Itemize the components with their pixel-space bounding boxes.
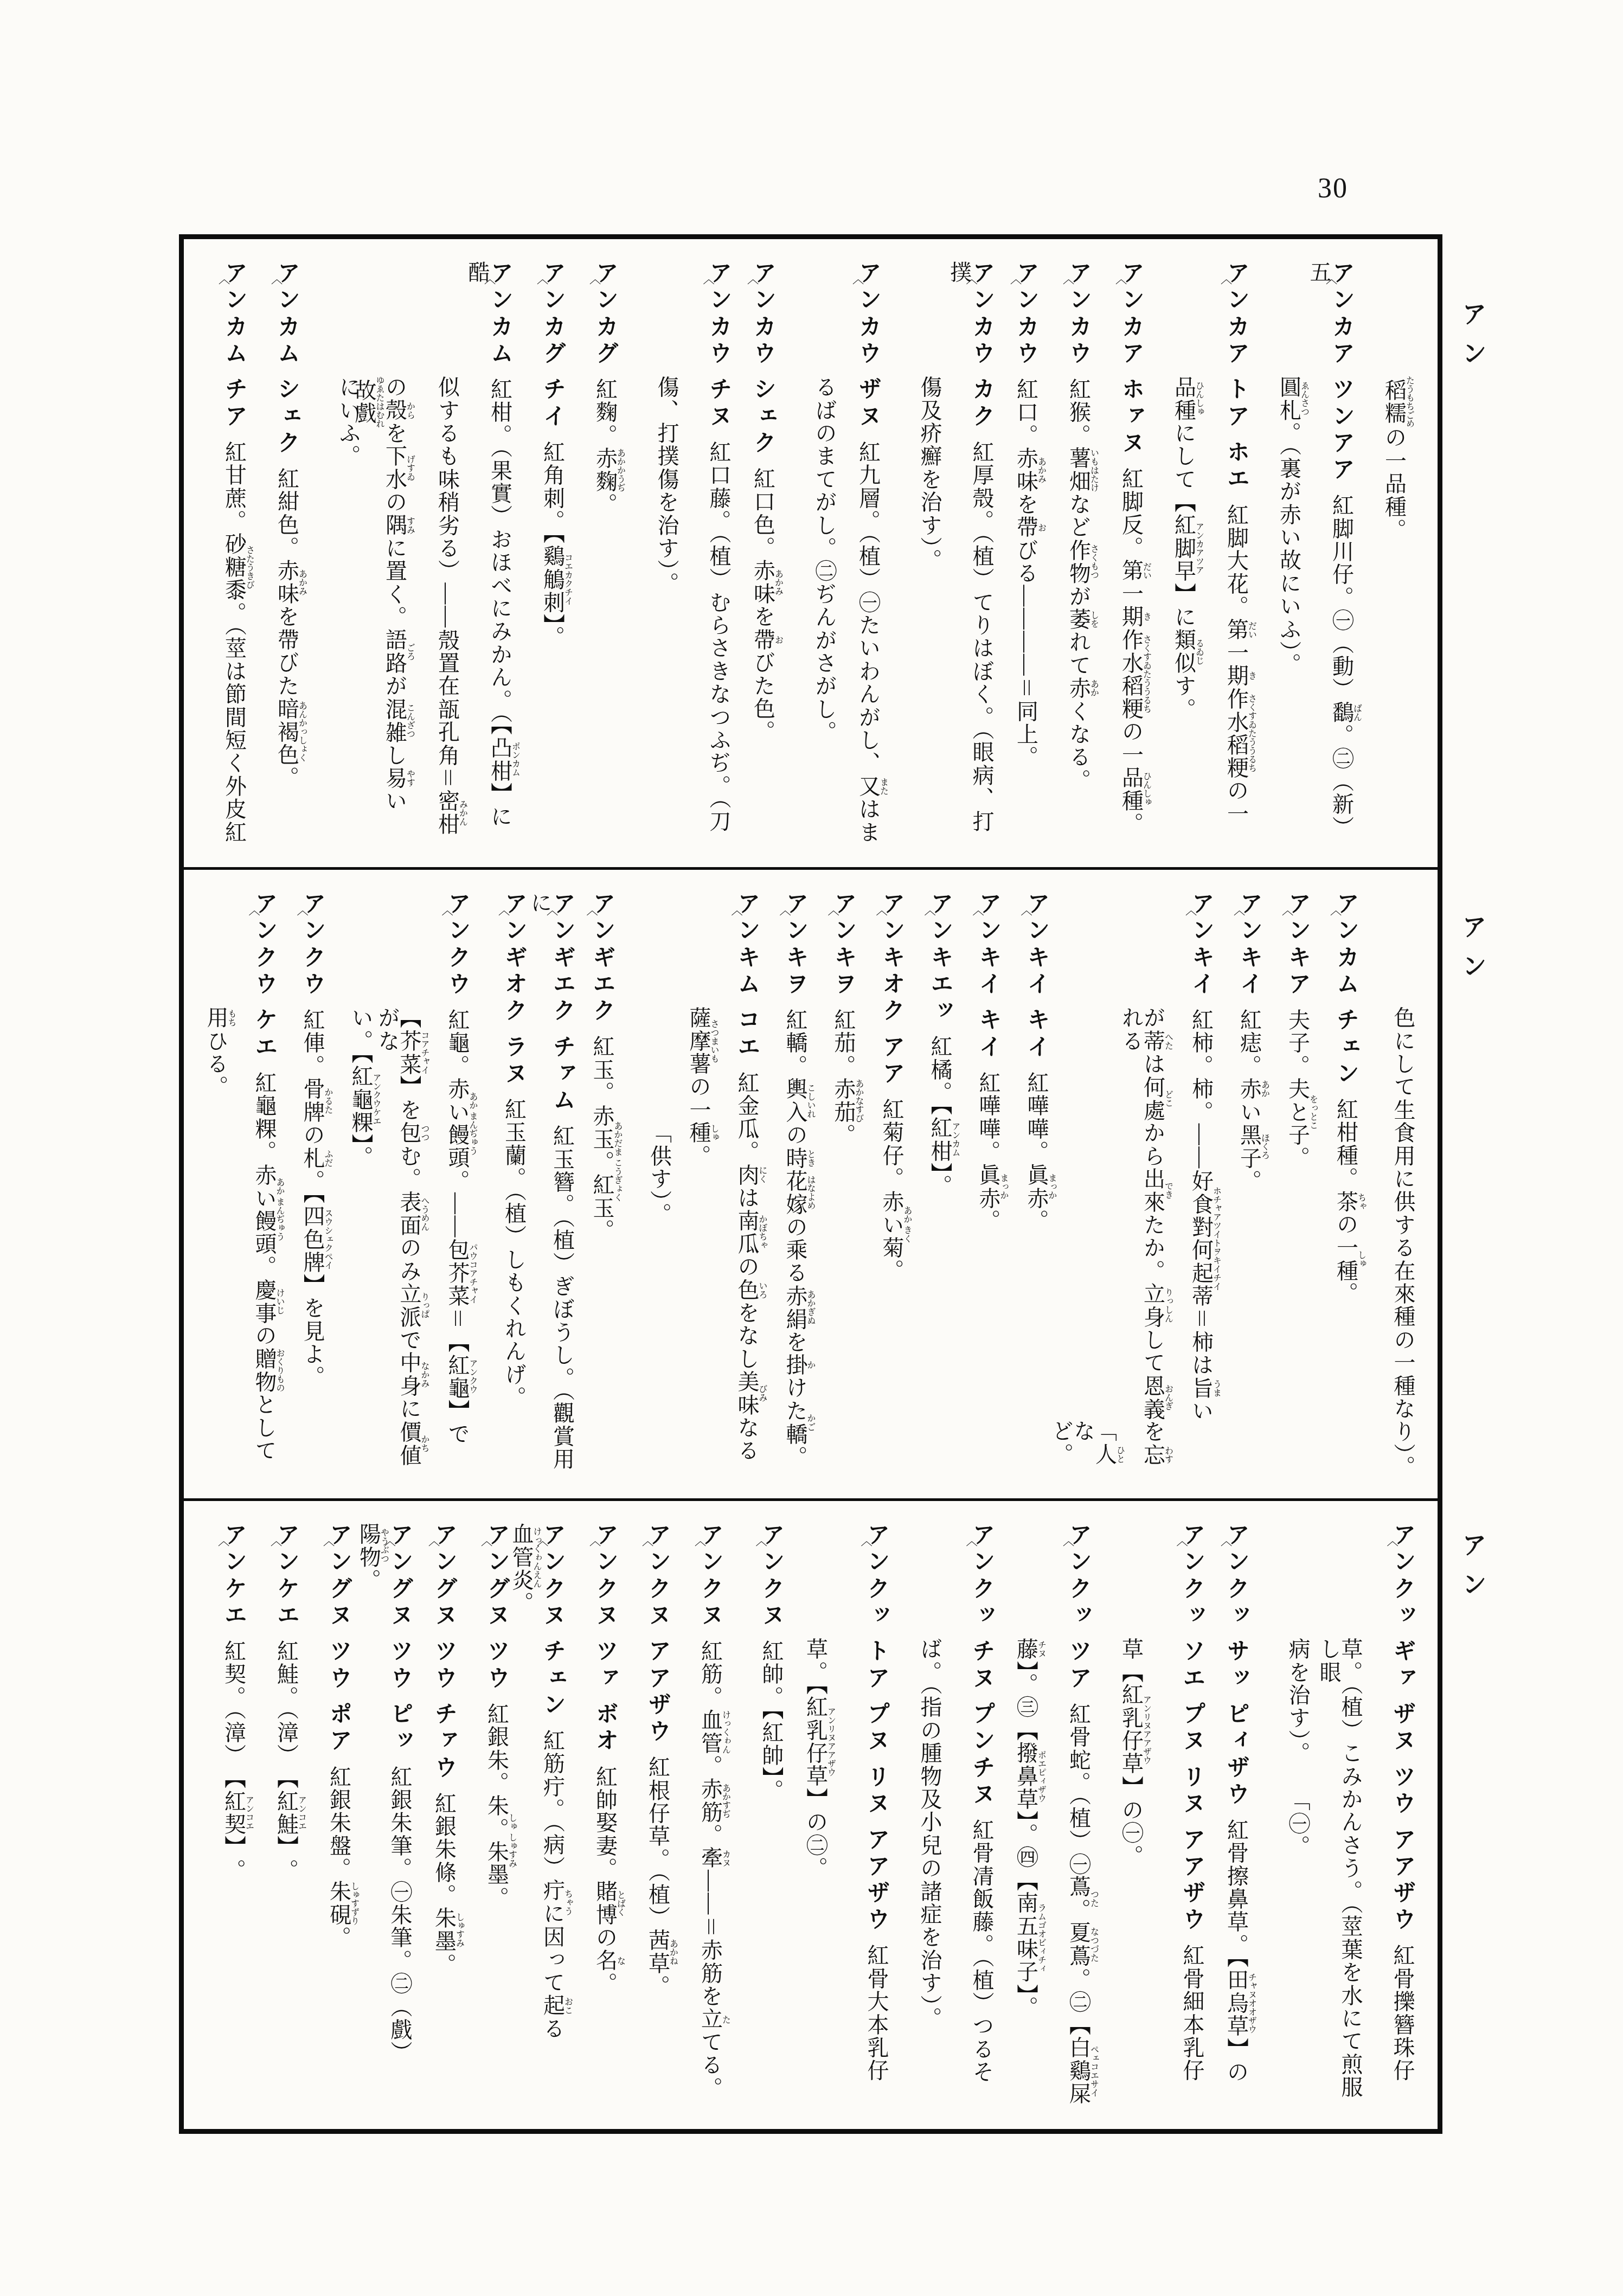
furigana-ruby: 朱硯しゅすずり — [327, 1880, 351, 1926]
entry-column: アングヌ ツウ ポア紅銀朱盤。朱硯しゅすずり。 — [306, 1519, 358, 2113]
entry-column: 【芥菜コアチャイ】を包つつむ。表面へうめんのみ立派りっぱで中身なかみに價値かちが… — [381, 888, 429, 1482]
entry-column: アングヌ ツウ チァウ紅銀朱條。朱墨しゅすみ。 — [411, 1519, 464, 2113]
entry-headword: アンカウ カク — [969, 261, 995, 431]
dictionary-page: 30 アン アン アン 稻糯たうもちごめの一品種。アンカア ツンアア紅脚川仔。㊀… — [0, 0, 1623, 2296]
entry-column: 薩摩薯さつまいもの一種しゅ。 — [670, 888, 719, 1482]
entry-column: アングヌ ツウ ピッ紅銀朱筆。㊀朱筆。㊁（戲）陽物やうぶつ。 — [358, 1519, 411, 2113]
entry-column: アンカム チェン紅柑種。茶ちゃの一種しゅ。 — [1317, 888, 1365, 1482]
page-frame: 稻糯たうもちごめの一品種。アンカア ツンアア紅脚川仔。㊀（動）鷭ばん。㊁（新）五… — [179, 234, 1442, 2134]
furigana-ruby: 第だい — [1224, 618, 1249, 641]
furigana-ruby: 何處どこ — [1141, 1076, 1165, 1122]
entry-headword: アンカウ シェク — [750, 261, 776, 457]
furigana-ruby: 肉にく — [735, 1164, 759, 1187]
furigana-ruby: 種しゅ — [687, 1121, 711, 1144]
entry-headword: アンカム シェク — [274, 261, 300, 457]
furigana-ruby: 起おこ — [541, 1994, 565, 2017]
furigana-ruby: 作水稻粳さくすゐたううるち — [1224, 688, 1249, 780]
entry-column: アンキヲ紅茄。赤茄あかなすび。 — [815, 888, 863, 1482]
entry-column: アンカム チア紅甘蔗。砂糖黍さたうきび。（莖は節間短く外皮紅 — [201, 258, 254, 851]
entry-column: アンクッ チヌ プンチヌ紅骨凊飯藤。（植）つるそ — [940, 1519, 993, 2113]
entry-headword: アンキム コエ — [734, 892, 760, 1061]
furigana-ruby: 薩摩薯さつまいも — [687, 1006, 711, 1075]
furigana-ruby: 帶お — [1014, 516, 1038, 538]
entry-column: ば。（指の腫物及小兒の諸症を治す）。 — [888, 1519, 940, 2113]
entry-headword: アンカア ホァヌ — [1119, 261, 1144, 457]
entry-column: アンカム シェク紅紺色。赤味あかみを帶びた暗褐色あんかっしょく。 — [254, 258, 306, 851]
entry-column: 草【紅乳仔草アンリヌアアザウ】の㊀。 — [1098, 1519, 1151, 2113]
entry-column: アンカア トア ホエ紅脚大花。第だい一期き作水稻粳さくすゐたううるちの一 — [1203, 258, 1256, 851]
entry-column: アンクヌ チェン紅筋疔。（病）疔にちゃう因って起おこる血管炎けっくゎんえん。 — [519, 1519, 572, 2113]
entry-column: 圓札ゑんさつ。（裏が赤い故にいふ）。 — [1256, 258, 1308, 851]
furigana-ruby: 赤い菊あか きく — [880, 1190, 904, 1259]
entry-column: アンギエク チァム紅玉簪。（植）ぎぼうし。（觀賞用に — [525, 888, 574, 1482]
furigana-ruby: 出來でき — [1141, 1168, 1165, 1214]
furigana-ruby: 人ひと — [1093, 1443, 1117, 1466]
furigana-ruby: 好食對何起蒂ホチャアツイトヲキイチイ — [1189, 1170, 1214, 1307]
entry-headword: アンカグ — [593, 261, 618, 368]
text-band-middle: 色にして生食用に供する在來種の一種なり）。アンカム チェン紅柑種。茶ちゃの一種し… — [184, 867, 1438, 1498]
entry-headword: アンギエク — [589, 892, 615, 1025]
entry-headword: アンクッ ギァ ザヌ ツウ アアザウ — [1390, 1523, 1415, 1934]
entry-headword: アンキイ — [1237, 892, 1262, 998]
entry-headword: アンキヲ — [782, 892, 808, 998]
furigana-ruby: 輿入こしいれ — [783, 1078, 807, 1124]
furigana-ruby: 賭博とばく — [593, 1880, 618, 1926]
furigana-ruby: 赤麴あかかうぢ — [593, 447, 618, 493]
entry-headword: アンケエ — [274, 1523, 299, 1630]
entry-headword: アンクッ ツア — [1066, 1523, 1092, 1692]
entry-column: 藤チヌ】。㊂【撥鼻草ポエピィザウ】。㊃【南五味子ラムゴオビィチィ】。 — [993, 1519, 1045, 2113]
furigana-ruby: 品種ひんしゅ — [1119, 766, 1144, 812]
furigana-ruby: 用もち — [204, 1006, 228, 1029]
entry-headword: アングヌ ツウ チァウ — [432, 1523, 457, 1781]
entry-column: い。【紅龜粿アンクウケエ】。 — [332, 888, 381, 1482]
furigana-ruby: 包芥菜パウコアチャイ — [445, 1239, 470, 1307]
furigana-ruby: 下水げすゐ — [383, 445, 407, 491]
entry-column: 品種ひんしゅにして【紅脚早アンカアツア】に類似るゐじす。 — [1151, 258, 1203, 851]
furigana-ruby: 赤味あかみ — [275, 559, 299, 605]
margin-guide-word-top: アン — [1452, 301, 1490, 379]
furigana-ruby: 札ふだ — [300, 1147, 325, 1170]
furigana-ruby: 掛か — [783, 1354, 807, 1376]
furigana-ruby: 語路ごろ — [383, 628, 407, 675]
entry-column: アンカウ紅猴。薯畑いもはたけなど作物さくもつが萎しをれて赤あかくなる。 — [1045, 258, 1098, 851]
furigana-ruby: 表面へうめん — [397, 1191, 421, 1237]
entry-headword: アングヌ ツウ ポア — [326, 1523, 352, 1755]
entry-column: アンカウ シェク紅口色。赤味あかみを帶おびた色。 — [730, 258, 782, 851]
entry-column: アンケエ紅鮭。（漳）【紅鮭】アンコエ。 — [253, 1519, 306, 2113]
entry-column: アンクヌ紅帥。【紅帥】。 — [730, 1519, 782, 2113]
furigana-ruby: 包つつ — [397, 1121, 421, 1144]
furigana-ruby: 夏蔦なつづた — [1067, 1921, 1091, 1967]
entry-headword: アンカグ チイ — [540, 261, 566, 431]
entry-column: アンキイ紅痣。赤あかい黑子ほくろ。 — [1221, 888, 1269, 1482]
entry-column: アンキオク アア紅菊仔。赤い菊あか きく。 — [863, 888, 912, 1482]
entry-column: アンキヲ紅轎。輿入こしいれの時とき花嫁はなよめの乘る赤絹あかぎぬを掛かけた轎かご… — [767, 888, 815, 1482]
margin-guide-word-middle: アン — [1452, 914, 1490, 991]
entry-headword: アンクッ ソエ プヌ リヌ アアザウ — [1179, 1523, 1205, 1934]
entry-headword: アンカウ — [1013, 261, 1039, 368]
entry-headword: アンギオク ラヌ — [502, 892, 527, 1088]
furigana-ruby: 朱。朱墨しゅ しゅすみ — [485, 1794, 509, 1887]
furigana-ruby: 立た — [698, 2008, 723, 2030]
furigana-ruby: 茶ちゃ — [1334, 1190, 1358, 1213]
furigana-ruby: 紅乳仔草アンリヌアアザウ — [804, 1696, 828, 1788]
furigana-ruby: 薯畑いもはたけ — [1067, 447, 1091, 493]
furigana-ruby: 又また — [856, 775, 881, 798]
furigana-ruby: 夫と子をっとこ — [1286, 1078, 1310, 1146]
furigana-ruby: 茜草あかね — [646, 1929, 670, 1975]
entry-column: アンクッ ツア紅骨蛇。（植）㊀蔦。つた夏蔦なつづた。㊁【白鷄屎ペェコエサイ — [1045, 1519, 1098, 2113]
entry-headword: アングヌ ツウ — [484, 1523, 510, 1692]
entry-column: アンカウ紅口。赤味あかみを帶おびる――――＝同上。 — [993, 258, 1045, 851]
furigana-ruby: 蒂へた — [1141, 1030, 1165, 1053]
furigana-ruby: 蔦。つた — [1067, 1875, 1091, 1921]
furigana-ruby: 暗褐色あんかっしょく — [275, 697, 299, 766]
entry-column: るばのまてがし。㊁ぢんがさがし。 — [782, 258, 835, 851]
furigana-ruby: 萎しを — [1067, 608, 1091, 631]
entry-column: アンカア ホァヌ紅脚反。第だい一期き作水稻粳さくすゐたううるちの一品種ひんしゅ。 — [1098, 258, 1151, 851]
entry-column: 病を治す）。 「㊀。 — [1256, 1519, 1308, 2113]
furigana-ruby: 恩義おんぎ — [1141, 1375, 1165, 1421]
entry-column: アンクウ ケエ紅龜粿。赤い饅頭あか まんぢゅう。慶事けいじの贈物おくりものとして — [236, 888, 284, 1482]
furigana-ruby: 一種しゅ — [1334, 1236, 1358, 1282]
furigana-ruby: 紅脚早アンカアツア — [1172, 514, 1196, 582]
entry-headword: アンキオク アア — [879, 892, 904, 1088]
furigana-ruby: 贈物おくりもの — [252, 1348, 277, 1394]
entry-headword: アンカア トア ホエ — [1224, 261, 1249, 493]
furigana-ruby: 圓札ゑんさつ — [1277, 376, 1301, 422]
entry-headword: アンギエク チァム — [550, 892, 575, 1114]
furigana-ruby: 赤味あかみ — [1014, 447, 1038, 493]
furigana-ruby: 忘わす — [1141, 1444, 1165, 1466]
furigana-ruby: 時とき — [783, 1147, 807, 1170]
furigana-ruby: 凸柑ポンカム — [488, 736, 512, 783]
entry-headword: アンクッ トア プヌ リヌ アアザウ — [864, 1523, 889, 1934]
furigana-ruby: 鷄鵤刺コエカクチイ — [541, 545, 565, 614]
furigana-ruby: 類似るゐじ — [1172, 628, 1196, 675]
entry-headword: アンカム — [487, 261, 513, 368]
furigana-ruby: 牽カヌ — [698, 1846, 723, 1869]
furigana-ruby: 第だい — [1119, 559, 1144, 582]
entry-column: アンクッ ギァ ザヌ ツウ アアザウ紅骨擽簪珠仔 — [1361, 1519, 1414, 2113]
furigana-ruby: 眞赤まっか — [976, 1164, 1000, 1210]
furigana-ruby: 花嫁はなよめ — [783, 1170, 807, 1216]
furigana-ruby: 立派りっぱ — [397, 1282, 421, 1329]
furigana-ruby: 紅乳仔草アンリヌアアザウ — [1119, 1683, 1144, 1775]
entry-column: が蒂へたは何處どこから出來できたか。立身りっしんして恩義おんぎを忘わすれる — [1124, 888, 1172, 1482]
entry-column: アンクウ紅龜。赤い饅頭あか まんぢゅう。――包芥菜パウコアチャイ＝【紅龜】アンク… — [429, 888, 477, 1482]
furigana-ruby: 美味びみ — [735, 1370, 759, 1416]
page-number: 30 — [1318, 172, 1348, 204]
furigana-ruby: 赤絹あかぎぬ — [783, 1285, 807, 1331]
furigana-ruby: 朱墨しゅすみ — [432, 1907, 457, 1953]
entry-headword: アンクヌ — [698, 1523, 723, 1630]
furigana-ruby: 南五味子ラムゴオビィチィ — [1014, 1891, 1038, 1984]
entry-column: アンクッ ソエ プヌ リヌ アアザウ紅骨細本乳仔 — [1151, 1519, 1203, 2113]
entry-column: アンカウ ザヌ紅九層。（植）㊀たいわんがし、又またはま — [835, 258, 888, 851]
entry-column: アンカグ チイ紅角刺。【鷄鵤刺コエカクチイ】。 — [519, 258, 572, 851]
entry-headword: アンクウ — [445, 892, 470, 998]
entry-column: アンキイ キイ紅嘩嘩。眞赤まっか。 — [1008, 888, 1056, 1482]
entry-column: 傷及疥癬を治す）。 — [888, 258, 940, 851]
furigana-ruby: 赤味あかみ — [751, 559, 775, 605]
furigana-ruby: 期き — [1119, 605, 1144, 628]
furigana-ruby: 易やす — [383, 767, 407, 790]
entry-column: 草。【紅乳仔草アンリヌアアザウ】の㊁。 — [782, 1519, 835, 2113]
entry-column: アンケエ紅契。（漳）【紅契】アンコエ。 — [201, 1519, 253, 2113]
entry-column: アンカウ カク紅厚殼。（植）てりはぼく。（眼病、打撲 — [940, 258, 993, 851]
entry-headword: アンキヲ — [831, 892, 856, 998]
furigana-ruby: 赤あか — [1237, 1078, 1262, 1100]
entry-column: 似するも味稍劣る）――殼置在瓿孔角＝密柑みかん — [414, 258, 467, 851]
entry-headword: アンクヌ チェン — [540, 1523, 566, 1719]
furigana-ruby: 旨うま — [1189, 1377, 1214, 1400]
entry-column: 傷、打撲傷を治す）。 — [625, 258, 677, 851]
furigana-ruby: 【紅契】アンコエ — [222, 1767, 246, 1859]
entry-headword: アンカウ チヌ — [706, 261, 732, 431]
furigana-ruby: 撥鼻草ポエピィザウ — [1014, 1742, 1038, 1811]
furigana-ruby: 紅龜粿アンクウケエ — [349, 1065, 373, 1134]
furigana-ruby: 鷭ばん — [1330, 701, 1354, 724]
furigana-ruby: 赤筋あかすぢ — [698, 1778, 723, 1824]
margin-guide-word-bottom: アン — [1452, 1532, 1490, 1609]
entry-column: の殼からを下水げすゐの隅すみに置く。語路ごろが混雑こんざつし易やすい故戲ゆゑたは… — [362, 258, 414, 851]
text-band-bottom: アンクッ ギァ ザヌ ツウ アアザウ紅骨擽簪珠仔草。（植）こみかんさう。（莖葉を… — [184, 1498, 1438, 2129]
furigana-ruby: 慶事けいじ — [252, 1279, 277, 1325]
entry-headword: アンクッ チヌ プンチヌ — [969, 1523, 995, 1808]
furigana-ruby: 密柑みかん — [435, 790, 460, 836]
entry-column: アンカム紅柑。（果實）おほべにみかん。（【凸柑ポンカム】に酷 — [467, 258, 519, 851]
furigana-ruby: 疔にちゃう — [541, 1879, 565, 1925]
furigana-ruby: 白鷄屎ペェコエサイ — [1067, 2036, 1091, 2105]
entry-column: 草。（植）こみかんさう。（莖葉を水にて煎服し眼 — [1308, 1519, 1361, 2113]
entry-headword: アンキア — [1285, 892, 1311, 998]
entry-headword: アンクウ — [300, 892, 325, 998]
entry-column: アンクッ サッ ピィザウ紅骨擦鼻草。【田烏草チャヌオオザウ】の — [1203, 1519, 1256, 2113]
furigana-ruby: 隅すみ — [383, 514, 407, 536]
furigana-ruby: 赤玉。紅玉あかだま こうぎょく — [590, 1105, 614, 1220]
entry-column: アンクヌ アアザウ紅根仔草。（植）茜草あかね。 — [625, 1519, 677, 2113]
entry-column: アンキア夫子。夫と子をっとこ。 — [1269, 888, 1317, 1482]
furigana-ruby: 赤い饅頭あか まんぢゅう — [252, 1164, 277, 1256]
furigana-ruby: 【紅龜】アンクウ — [445, 1331, 470, 1423]
furigana-ruby: 黑子ほくろ — [1237, 1124, 1262, 1170]
entry-headword: アンクッ サッ ピィザウ — [1224, 1523, 1249, 1808]
entry-column: アンカグ紅麴。赤麴あかかうぢ。 — [572, 258, 625, 851]
furigana-ruby: 期き — [1224, 664, 1249, 687]
entry-headword: アンクヌ アアザウ — [645, 1523, 671, 1746]
entry-headword: アンカウ — [1066, 261, 1092, 368]
furigana-ruby: 田烏草チャヌオオザウ — [1224, 1968, 1249, 2037]
entry-column: 「人ひとなど。 — [1076, 888, 1124, 1482]
entry-column: 「供す）。 — [622, 888, 670, 1482]
entry-headword: アンキイ キイ — [1024, 892, 1049, 1061]
entry-column: アンギエク紅玉。赤玉。紅玉あかだま こうぎょく。 — [574, 888, 622, 1482]
entry-column: 色にして生食用に供する在來種の一種なり）。 — [1365, 888, 1414, 1482]
entry-headword: アンケエ — [221, 1523, 247, 1630]
entry-column: アンクッ トア プヌ リヌ アアザウ紅骨大本乳仔 — [835, 1519, 888, 2113]
entry-column: アンキエッ紅橘。【紅柑アンカム】。 — [912, 888, 960, 1482]
entry-headword: アングヌ ツウ ピッ — [387, 1523, 413, 1755]
entry-headword: アンクヌ ツァ ボオ — [593, 1523, 618, 1755]
furigana-ruby: 砂糖黍さたうきび — [222, 533, 247, 601]
furigana-ruby: 名な — [593, 1949, 618, 1972]
entry-column: にいふ。 — [306, 258, 359, 851]
entry-headword: アンキエッ — [927, 892, 953, 1025]
entry-column: 稻糯たうもちごめの一品種。 — [1361, 258, 1414, 851]
furigana-ruby: た轎かご — [783, 1400, 807, 1446]
entry-headword: アンキイ — [1189, 892, 1214, 998]
entry-column: アンカア ツンアア紅脚川仔。㊀（動）鷭ばん。㊁（新）五 — [1308, 258, 1361, 851]
furigana-ruby: 色いろ — [735, 1279, 759, 1301]
furigana-ruby: 血管けっくゎん — [698, 1709, 723, 1755]
furigana-ruby: 作水稻粳さくすゐたううるち — [1119, 628, 1144, 721]
entry-column: アンクヌ紅筋。血管けっくゎん。赤筋あかすぢ。牽カヌ――＝赤筋を立たてる。 — [677, 1519, 730, 2113]
entry-headword: アンカム チア — [222, 261, 247, 431]
furigana-ruby: 紅柑アンカム — [928, 1117, 952, 1163]
entry-column: アンキイ キイ紅嘩嘩。眞赤まっか。 — [960, 888, 1008, 1482]
furigana-ruby: 帶お — [751, 628, 775, 651]
furigana-ruby: 立身りっしん — [1141, 1282, 1165, 1329]
entry-column: アングヌ ツウ紅銀朱。朱。朱墨しゅ しゅすみ。 — [464, 1519, 516, 2113]
furigana-ruby: 藤チヌ — [1014, 1638, 1038, 1660]
furigana-ruby: 赤茄あかなすび — [831, 1078, 856, 1124]
entry-column: アンクヌ ツァ ボオ紅帥娶妻。賭博とばくの名な。 — [572, 1519, 625, 2113]
furigana-ruby: 骨牌かるた — [300, 1078, 325, 1124]
furigana-ruby: 殼から — [383, 399, 407, 421]
furigana-ruby: 價値かち — [397, 1421, 421, 1467]
text-band-top: 稻糯たうもちごめの一品種。アンカア ツンアア紅脚川仔。㊀（動）鷭ばん。㊁（新）五… — [184, 239, 1438, 867]
furigana-ruby: 【紅鮭】アンコエ — [274, 1767, 299, 1859]
entry-headword: アンキイ キイ — [976, 892, 1001, 1061]
entry-column: アンギオク ラヌ紅玉蘭。（植）しもくれんげ。 — [477, 888, 525, 1482]
furigana-ruby: 陽物やうぶつ — [357, 1523, 381, 1569]
entry-column: アンクウ紅俥。骨牌かるたの札ふだ。【四色牌スウシェクペイ】を見よ。 — [284, 888, 332, 1482]
furigana-ruby: 南瓜かぼちゃ — [735, 1209, 759, 1255]
furigana-ruby: 眞赤まっか — [1024, 1164, 1049, 1210]
entry-column: 用もちひる。 — [188, 888, 236, 1482]
furigana-ruby: 稻糯たうもちごめ — [1382, 376, 1407, 426]
furigana-ruby: 赤あか — [1067, 677, 1091, 700]
furigana-ruby: 作物さくもつ — [1067, 539, 1091, 585]
entry-headword: アンカム チェン — [1333, 892, 1359, 1088]
entry-headword: アンカア ツンアア — [1329, 261, 1355, 484]
furigana-ruby: 中身なかみ — [397, 1351, 421, 1397]
entry-headword: アンカウ ザヌ — [856, 261, 881, 431]
furigana-ruby: 品種ひんしゅ — [1172, 376, 1196, 422]
furigana-ruby: 四色牌スウシェクペイ — [300, 1205, 325, 1274]
entry-column: アンカウ チヌ紅口藤。（植）むらさきなつふぢ。（刀 — [677, 258, 730, 851]
entry-column: アンキイ紅柿。柿。――好食對何起蒂ホチャアツイトヲキイチイ＝柿は旨うまい — [1172, 888, 1221, 1482]
furigana-ruby: 芥菜コアチャイ — [397, 1030, 421, 1076]
entry-headword: アンクヌ — [759, 1523, 784, 1630]
entry-headword: アンクウ ケエ — [252, 892, 277, 1061]
furigana-ruby: 混雑こんざつ — [383, 698, 407, 744]
furigana-ruby: 赤い饅頭あか まんぢゅう — [445, 1078, 470, 1170]
entry-column: アンキム コエ紅金瓜。肉にくは南瓜かぼちゃの色いろをなし美味びみなる — [719, 888, 767, 1482]
